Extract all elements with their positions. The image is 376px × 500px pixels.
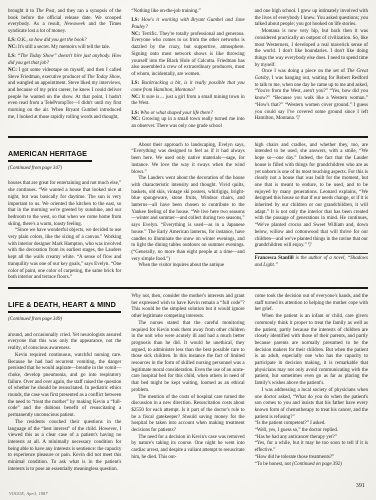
author-credit: Francesca Stanfill is the author of a no…	[255, 256, 368, 269]
continued-from-note: (Continued from page 347)	[8, 166, 121, 173]
dialog-text: How's it working with Bryant Gumbel and …	[131, 18, 244, 30]
dialog-paragraph: LS: How's it working with Bryant Gumbel …	[131, 18, 244, 31]
paragraph: “Since we have wonderful objects, we dec…	[8, 228, 121, 282]
text-column: “Nothing like on-the-job training.”LS: H…	[131, 9, 244, 131]
dialog-paragraph: NC: Growing up in a small town really tu…	[131, 117, 244, 130]
paragraph: The residents couched their questions in…	[8, 420, 121, 474]
dialog-paragraph: LS: Backtracking a bit, is it really pos…	[131, 81, 244, 94]
life-death-section: LIFE & DEATH, HEART & MIND(Continued fro…	[8, 294, 368, 473]
text-column: About their approach to landscaping, Eve…	[131, 143, 244, 282]
paragraph: “Well, yes, I guess so,” the doctor repl…	[255, 428, 368, 435]
dialog-text: Who or what shaped your life there?	[140, 111, 213, 116]
paragraph: The Lauders went about the decoration of…	[131, 176, 244, 263]
speaker-label: LS:	[8, 54, 16, 59]
text-column: brought it to The Post, and they ran a s…	[8, 9, 121, 131]
section-title: LIFE & DEATH, HEART & MIND	[8, 301, 121, 313]
dialog-text: Growing up in a small town really turned…	[131, 117, 244, 129]
speaker-label: NC:	[131, 117, 140, 122]
interview-columns: brought it to The Post, and they ran a s…	[8, 9, 368, 131]
paragraph: around, and occasionally cried. Yet neur…	[8, 333, 121, 353]
speaker-label: LS:	[131, 81, 139, 86]
magazine-issue-line: VOGUE, April, 1987	[9, 491, 48, 496]
dialog-paragraph: NC: Terrific. They're totally profession…	[131, 32, 244, 79]
text-column: high chairs and cradles, and whether the…	[255, 143, 368, 282]
text-column: come took the decision out of everyone's…	[255, 294, 368, 473]
dialog-paragraph: NC: It's still a secret. My memoirs will…	[8, 45, 121, 52]
dialog-text: Backtracking a bit, is it really possibl…	[131, 81, 244, 93]
dialog-text: It's still a secret. My memoirs will tel…	[18, 45, 110, 50]
interview-section: brought it to The Post, and they ran a s…	[8, 9, 368, 131]
paragraph: The nurses stated that the careful monit…	[131, 321, 244, 395]
dialog-paragraph: NC: It sure is… just a girl from a small…	[131, 95, 244, 108]
paragraph: The need for a decision in Kevin's case …	[131, 435, 244, 462]
life-death-columns: LIFE & DEATH, HEART & MIND(Continued fro…	[8, 294, 368, 473]
paragraph: come took the decision out of everyone's…	[255, 294, 368, 314]
dialog-paragraph: LS: “The Today Show” doesn't hire just a…	[8, 54, 121, 67]
paragraph: “To be honest, not (Continued on page 39…	[255, 462, 368, 469]
dialog-text: It sure is… just a girl from a small min…	[131, 95, 244, 107]
paragraph: When the visitor inquires about the anti…	[131, 263, 244, 270]
speaker-label: LS:	[8, 38, 16, 43]
paragraph: The mention of the costs of hospital car…	[131, 395, 244, 435]
dialog-paragraph: LS: O.K., so how did you get the book?	[8, 38, 121, 45]
paragraph: “Nothing like on-the-job training.”	[131, 9, 244, 16]
paragraph: Montana is now very hip, but back then i…	[255, 29, 368, 69]
dialog-text: “The Today Show” doesn't hire just anybo…	[8, 54, 121, 66]
text-column: LIFE & DEATH, HEART & MIND(Continued fro…	[8, 294, 121, 473]
paragraph: Once I was doing a piece on the set of T…	[255, 69, 368, 123]
author-name: Francesca Stanfill	[255, 256, 294, 261]
paragraph: About their approach to landscaping, Eve…	[131, 143, 244, 177]
paragraph: “How did he tolerate those treatments?”	[255, 455, 368, 462]
paragraph: I was addressing a local society of phys…	[255, 388, 368, 422]
paragraph: brought it to The Post, and they ran a s…	[8, 9, 121, 36]
text-column: Why not, then, consider the mother's int…	[131, 294, 244, 473]
speaker-label: NC:	[131, 95, 140, 100]
page-number: 391	[356, 482, 365, 489]
american-heritage-columns: AMERICAN HERITAGE(Continued from page 34…	[8, 143, 368, 282]
text-column: and one high school. I grew up intimatel…	[255, 9, 368, 131]
section-divider-bottom	[8, 287, 368, 289]
paragraph: “Yes, for a while, but it may be too soo…	[255, 441, 368, 454]
dialog-paragraph: LS: Who or what shaped your life there?	[131, 111, 244, 118]
speaker-label: NC:	[8, 45, 17, 50]
dialog-paragraph: NC: I got some videotape on myself, and …	[8, 68, 121, 122]
magazine-page: brought it to The Post, and they ran a s…	[0, 0, 376, 500]
credit-divider	[255, 253, 368, 254]
paragraph: Why not, then, consider the mother's int…	[131, 294, 244, 321]
speaker-label: NC:	[8, 68, 17, 73]
paragraph: houses that are great for entertaining a…	[8, 181, 121, 228]
speaker-label: NC:	[131, 32, 140, 37]
paragraph: and one high school. I grew up intimatel…	[255, 9, 368, 29]
speaker-label: LS:	[131, 18, 139, 23]
dialog-text: O.K., so how did you get the book?	[17, 38, 87, 43]
paragraph: high chairs and cradles, and whether the…	[255, 143, 368, 250]
text-column: AMERICAN HERITAGE(Continued from page 34…	[8, 143, 121, 282]
paragraph: When the patient is an infant or child, …	[255, 314, 368, 388]
dialog-text: I got some videotape on myself, and then…	[8, 68, 121, 120]
continued-from-note: (Continued from page 349)	[8, 317, 121, 324]
dialog-text: Terrific. They're totally professional a…	[131, 32, 244, 77]
section-divider-top	[8, 136, 368, 138]
paragraph: Kevin required continuous, watchful nurs…	[8, 353, 121, 420]
american-heritage-section: AMERICAN HERITAGE(Continued from page 34…	[8, 143, 368, 282]
speaker-label: LS:	[131, 111, 139, 116]
section-title: AMERICAN HERITAGE	[8, 150, 92, 162]
